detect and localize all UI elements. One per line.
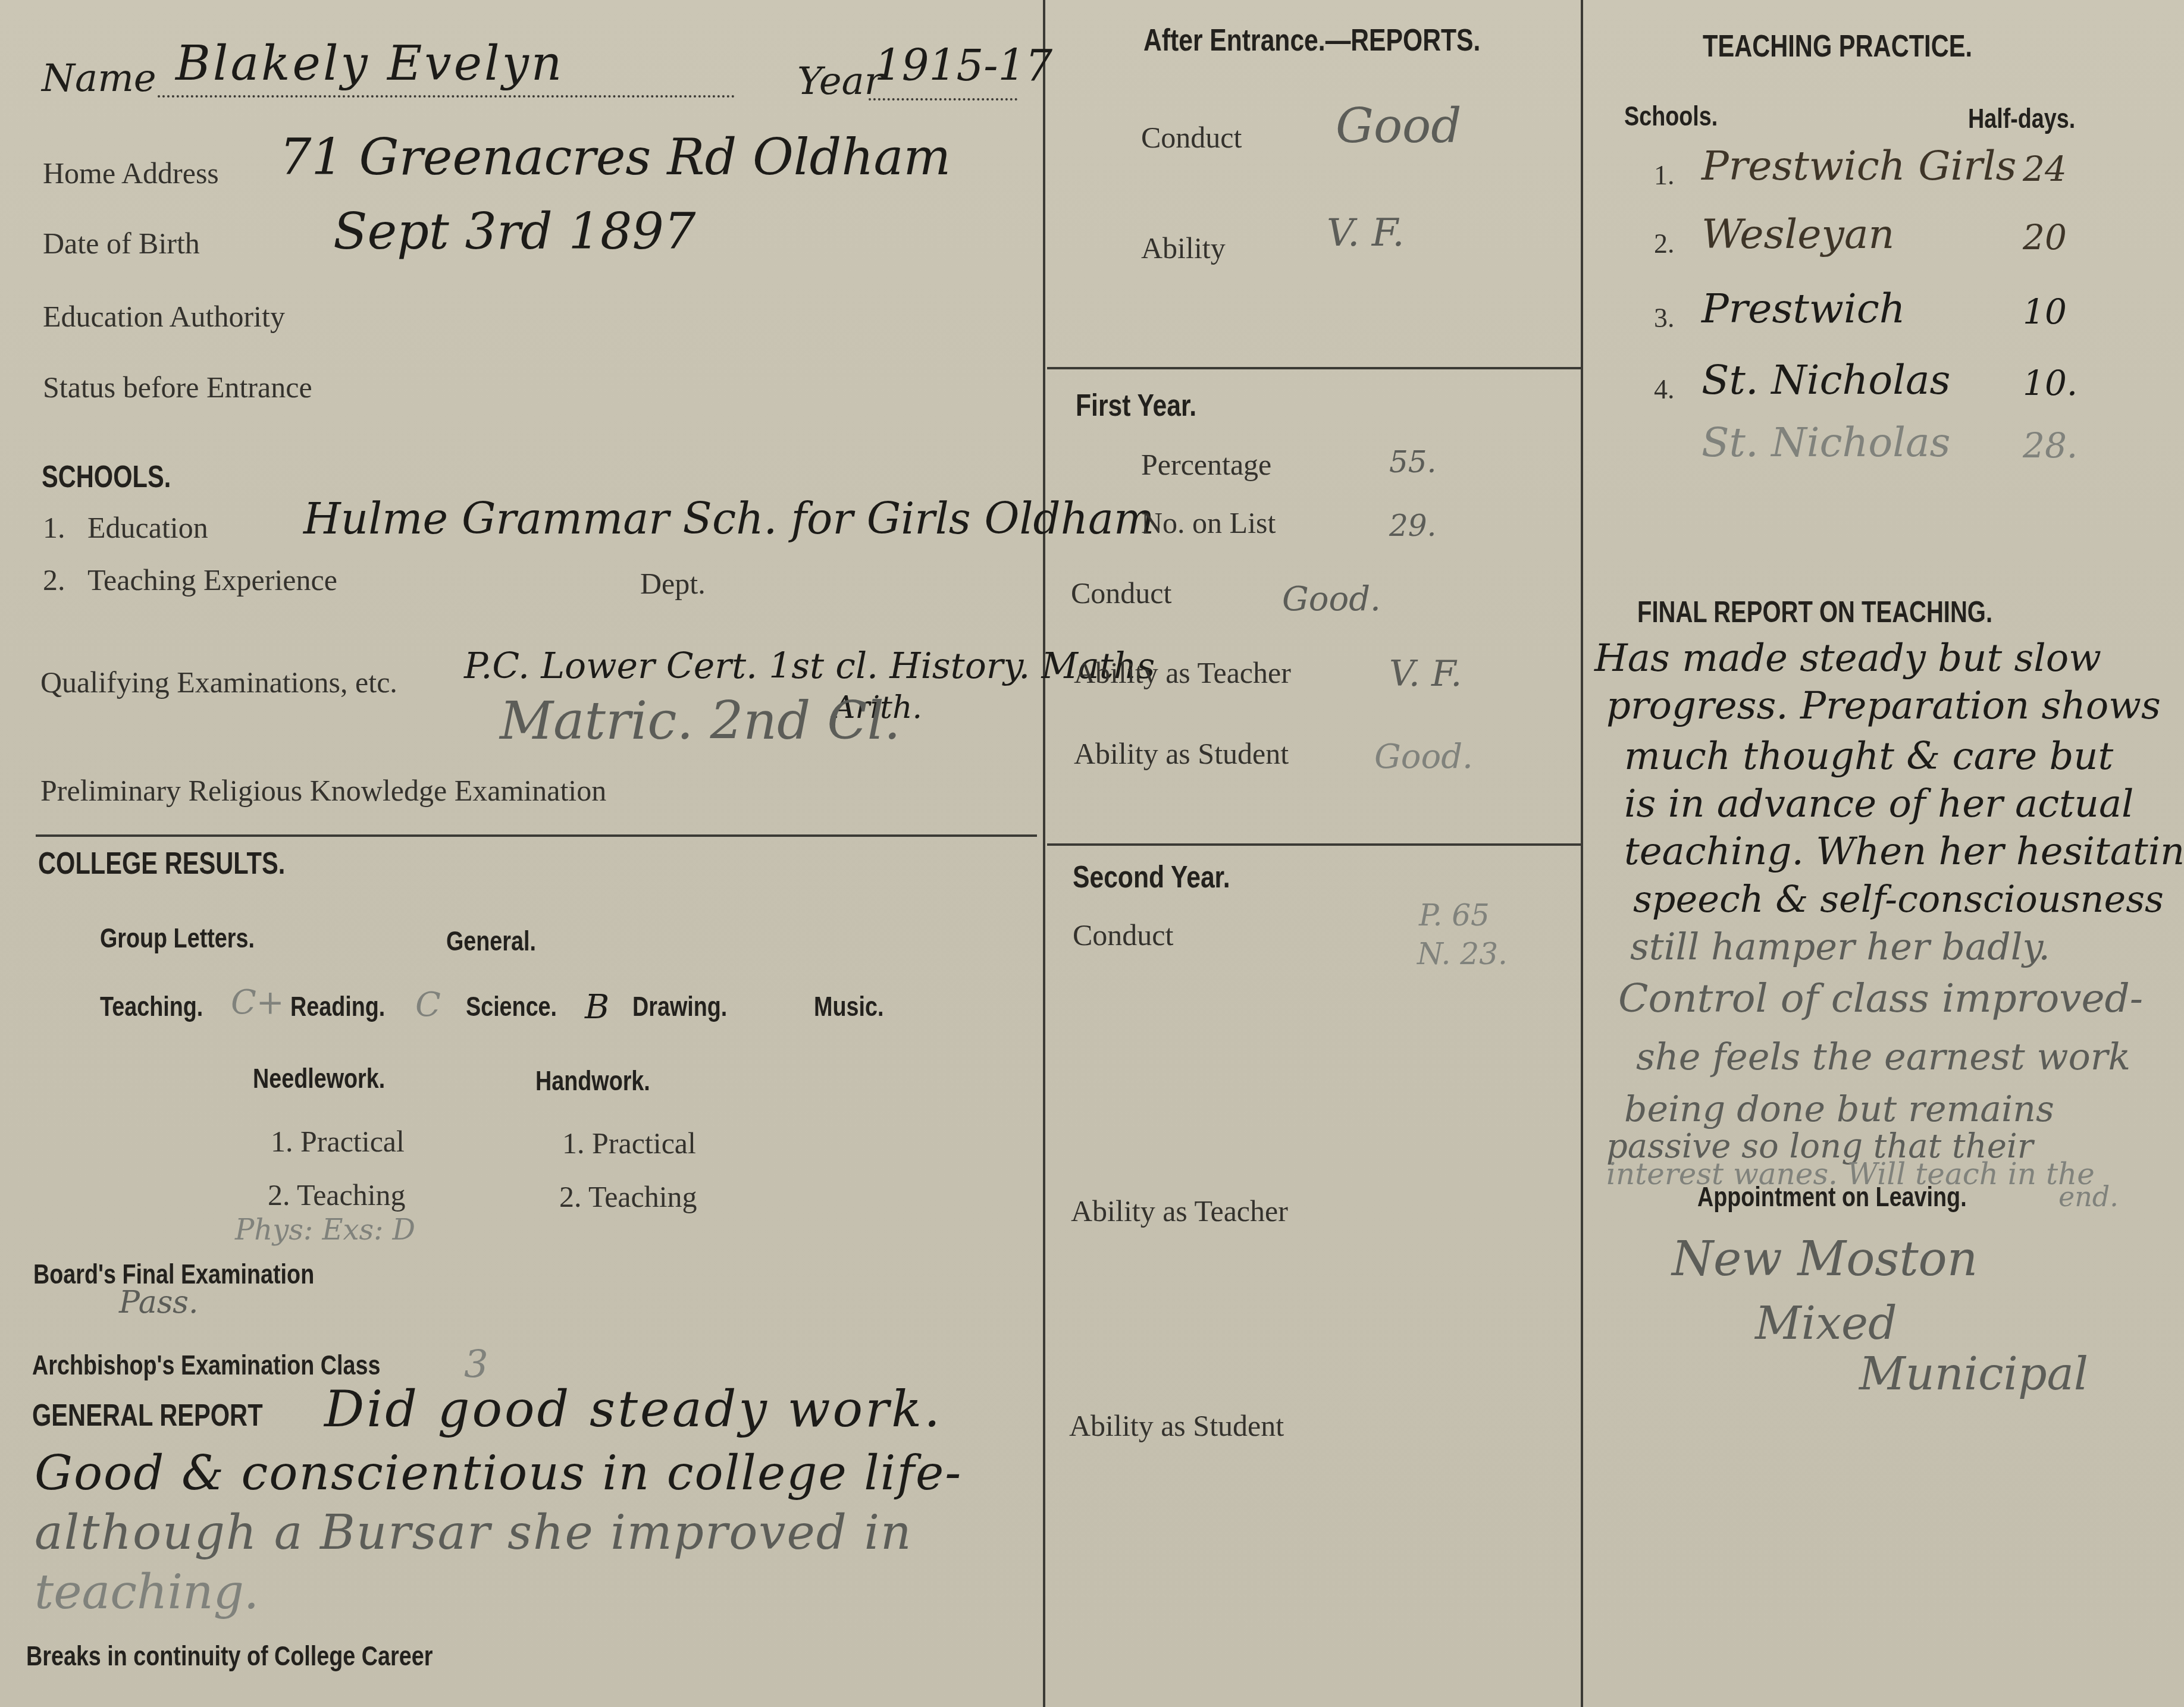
teaching-experience-row: 2. Teaching Experience [43,563,337,597]
boards-final-value[interactable]: Pass. [119,1285,199,1320]
home-address-label: Home Address [43,156,219,190]
after-entrance-heading: After Entrance.—REPORTS. [1143,23,1480,58]
teaching-practice-halfdays[interactable]: 24 [2023,149,2067,189]
after-entrance-ability-value[interactable]: V. F. [1327,211,1405,255]
teaching-practice-school[interactable]: Prestwich [1702,285,1906,332]
handwork-teaching: 2. Teaching [559,1179,697,1214]
qualifying-exams-line1[interactable]: P.C. Lower Cert. 1st cl. History. Maths [464,645,1155,687]
teaching-grade[interactable]: C+ [231,983,284,1022]
teaching-subject-label: Teaching. [100,990,203,1022]
needlework-practical: 1. Practical [271,1124,405,1159]
final-report-line: progress. Preparation shows [1606,684,2161,728]
teaching-practice-halfdays[interactable]: 10 [2023,291,2067,332]
name-row: Name [42,57,156,101]
appointment-line-1: New Moston [1672,1231,1978,1286]
education-number: 1. [43,511,65,544]
after-entrance-conduct-value[interactable]: Good [1336,98,1461,153]
no-on-list-label: No. on List [1141,506,1276,540]
final-report-line: she feels the earnest work [1636,1035,2130,1078]
first-year-ability-teacher-label: Ability as Teacher [1074,655,1291,690]
final-report-line: teaching. When her hesitating [1624,830,2184,874]
handwork-label: Handwork. [535,1065,650,1097]
handwork-practical: 1. Practical [562,1126,696,1160]
final-report-line: speech & self-consciousness [1633,877,2164,921]
name-value: Blakely Evelyn [176,36,564,91]
science-grade[interactable]: B [585,988,609,1027]
home-address-value[interactable]: 71 Greenacres Rd Oldham [280,128,951,186]
date-of-birth-label: Date of Birth [43,226,200,261]
first-year-heading: First Year. [1076,388,1196,423]
drawing-subject-label: Drawing. [632,990,727,1022]
first-year-ability-student-value[interactable]: Good. [1374,738,1473,776]
college-results-heading: COLLEGE RESULTS. [38,846,285,881]
final-report-line: Has made steady but slow [1594,636,2101,680]
teaching-practice-halfdays[interactable]: 10. [2023,363,2078,403]
teaching-practice-row-number: 2. [1654,228,1675,259]
after-entrance-conduct-label: Conduct [1141,120,1242,155]
education-value[interactable]: Hulme Grammar Sch. for Girls Oldham [303,494,1154,544]
teaching-practice-school[interactable]: Prestwich Girls [1702,143,2016,190]
appointment-heading: Appointment on Leaving. [1697,1181,1967,1213]
general-report-line-2: Good & conscientious in college life- [35,1445,962,1501]
needlework-teaching: 2. Teaching [268,1178,406,1212]
teaching-practice-halfdays[interactable]: 28. [2023,425,2078,466]
archbishops-label: Archbishop's Examination Class [32,1349,380,1381]
teaching-practice-school[interactable]: St. Nicholas [1702,419,1950,466]
teaching-experience-number: 2. [43,563,65,597]
preliminary-religious-label: Preliminary Religious Knowledge Examinat… [40,773,606,808]
second-year-heading: Second Year. [1073,859,1230,895]
science-subject-label: Science. [466,990,557,1022]
final-report-line: still hamper her badly. [1630,925,2050,968]
name-field[interactable]: Blakely Evelyn [158,42,735,98]
reading-subject-label: Reading. [290,990,385,1022]
general-report-line-4: teaching. [35,1564,259,1620]
final-report-line: much thought & care but [1624,735,2113,779]
reading-grade[interactable]: C [415,986,441,1024]
group-letters-label: Group Letters. [100,922,255,954]
status-before-entrance-label: Status before Entrance [43,370,312,404]
divider-left-middle [1043,0,1045,1707]
qualifying-exams-label: Qualifying Examinations, etc. [40,665,397,699]
appointment-line-2: Mixed [1755,1297,1897,1350]
second-year-conduct-p[interactable]: P. 65 [1419,898,1490,933]
divider-middle-right [1581,0,1583,1707]
teaching-practice-row-number: 1. [1654,159,1675,191]
final-report-line: being done but remains [1624,1088,2054,1130]
final-report-line: Control of class improved- [1618,975,2143,1021]
breaks-label: Breaks in continuity of College Career [26,1640,433,1672]
percentage-value[interactable]: 55. [1389,445,1437,479]
final-report-line: is in advance of her actual [1624,782,2134,826]
general-report-label: GENERAL REPORT [32,1398,263,1433]
general-report-line-3: although a Bursar she improved in [35,1505,913,1560]
education-row: 1. Education [43,510,208,545]
second-year-conduct-n[interactable]: N. 23. [1417,937,1508,971]
second-year-conduct-label: Conduct [1073,918,1173,952]
education-authority-label: Education Authority [43,299,285,334]
teaching-practice-halfdays[interactable]: 20 [2023,217,2067,258]
no-on-list-value[interactable]: 29. [1389,509,1437,543]
teaching-practice-school[interactable]: Wesleyan [1702,211,1894,258]
year-value: 1915-17 [875,40,1052,90]
second-year-ability-student-label: Ability as Student [1069,1408,1284,1443]
general-label: General. [446,925,536,957]
halfdays-column-header: Half-days. [1968,102,2075,134]
divider-left-college [36,834,1037,837]
general-report-line-1: Did good steady work. [324,1380,942,1438]
date-of-birth-value[interactable]: Sept 3rd 1897 [333,202,695,261]
name-label: Name [42,57,156,101]
first-year-ability-student-label: Ability as Student [1074,736,1289,771]
teaching-practice-school[interactable]: St. Nicholas [1702,357,1950,404]
schools-heading: SCHOOLS. [42,459,171,495]
dept-label: Dept. [640,566,706,601]
teaching-practice-heading: TEACHING PRACTICE. [1703,29,1972,64]
record-card: Name Blakely Evelyn Year 1915-17 Home Ad… [0,0,2184,1707]
teaching-practice-row-number: 4. [1654,374,1675,405]
first-year-ability-teacher-value[interactable]: V. F. [1389,653,1462,695]
after-entrance-ability-label: Ability [1141,231,1226,265]
teaching-practice-row-number: 3. [1654,302,1675,334]
education-label: Education [87,511,208,544]
music-subject-label: Music. [814,990,883,1022]
qualifying-exams-line2[interactable]: Matric. 2nd Cl. [500,690,901,751]
needlework-label: Needlework. [253,1062,385,1094]
year-field[interactable]: 1915-17 [869,48,1017,101]
teaching-experience-label: Teaching Experience [87,563,337,597]
second-year-ability-teacher-label: Ability as Teacher [1071,1194,1288,1228]
appointment-line-3: Municipal [1859,1347,2088,1400]
divider-middle-first-year [1047,367,1583,369]
phys-exs-note: Phys: Exs: D [235,1213,415,1247]
schools-column-header: Schools. [1624,100,1718,132]
divider-middle-second-year [1047,843,1583,846]
final-report-line: end. [2058,1181,2119,1213]
final-report-heading: FINAL REPORT ON TEACHING. [1637,595,1992,629]
percentage-label: Percentage [1141,447,1271,482]
first-year-conduct-value[interactable]: Good. [1282,580,1381,619]
first-year-conduct-label: Conduct [1071,576,1171,610]
